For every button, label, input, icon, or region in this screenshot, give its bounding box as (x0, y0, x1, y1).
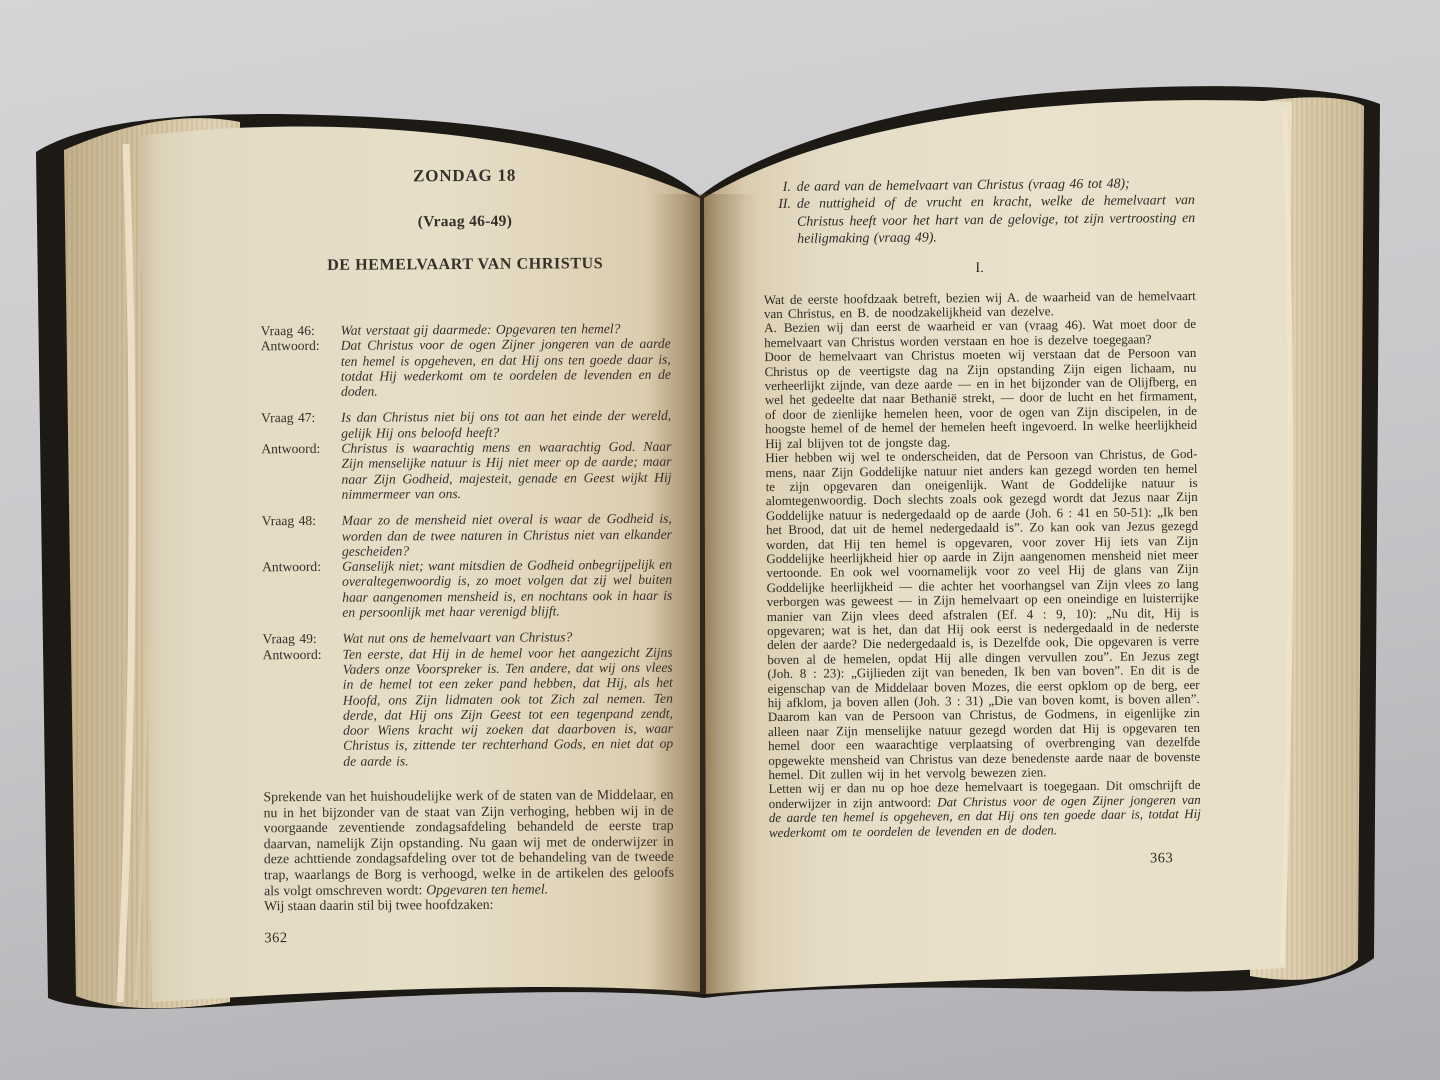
answer-text: Christus is waarachtig mens en waarachti… (341, 439, 671, 502)
closing-paragraph: Sprekende van het huishoudelijke werk of… (263, 787, 674, 899)
closing-paragraph-italic: Opgevaren ten hemel. (426, 881, 548, 897)
question-text: Maar zo de mensheid niet overal is waar … (342, 511, 672, 559)
answer-label: Antwoord: (261, 441, 341, 503)
body-paragraph: Hier hebben wij wel te onderscheiden, da… (765, 447, 1200, 782)
outline-item-number: I. (763, 178, 791, 196)
photo-of-open-book: ZONDAG 18 (Vraag 46-49) DE HEMELVAART VA… (0, 0, 1440, 1080)
question-label: Vraag 48: (262, 513, 342, 559)
answer-text: Ten eerste, dat Hij in de hemel voor het… (343, 644, 674, 768)
right-page-text: I. de aard van de hemelvaart van Christu… (763, 174, 1202, 871)
qa-block-49: Vraag 49: Wat nut ons de hemelvaart van … (262, 629, 673, 769)
book-illustration (0, 0, 1440, 1080)
chapter-outline: I. de aard van de hemelvaart van Christu… (763, 174, 1196, 248)
question-text: Is dan Christus niet bij ons tot aan het… (341, 408, 671, 441)
outline-item-number: II. (763, 195, 791, 247)
answer-label: Antwoord: (261, 338, 341, 400)
outline-item-text: de nuttigheid of de vrucht en kracht, we… (797, 191, 1195, 247)
left-page-heading-vraag-range: (Vraag 46-49) (260, 212, 670, 233)
answer-label: Antwoord: (263, 646, 344, 769)
answer-text: Ganselijk niet; want mitsdien de Godheid… (342, 557, 672, 620)
question-label: Vraag 47: (261, 410, 341, 441)
body-paragraph: Door de hemelvaart van Christus moeten w… (764, 346, 1197, 451)
qa-block-48: Vraag 48: Maar zo de mensheid niet overa… (262, 511, 673, 621)
section-heading: I. (763, 258, 1195, 279)
answer-label: Antwoord: (262, 559, 342, 621)
qa-block-47: Vraag 47: Is dan Christus niet bij ons t… (261, 408, 672, 502)
answer-text: Dat Christus voor de ogen Zijner jongere… (341, 336, 671, 399)
catechism-qa-list: Vraag 46: Wat verstaat gij daarmede: Opg… (261, 321, 674, 770)
left-page-text: ZONDAG 18 (Vraag 46-49) DE HEMELVAART VA… (260, 165, 675, 947)
page-number-left: 362 (264, 928, 674, 948)
left-page-heading-zondag: ZONDAG 18 (260, 165, 670, 188)
final-paragraph: Letten wij er dan nu op hoe deze hemelva… (768, 778, 1201, 840)
question-label: Vraag 49: (262, 631, 342, 647)
left-page-heading-title: DE HEMELVAART VAN CHRISTUS (260, 255, 670, 276)
closing-line: Wij staan daarin stil bij twee hoofdzake… (264, 896, 674, 914)
qa-block-46: Vraag 46: Wat verstaat gij daarmede: Opg… (261, 321, 671, 400)
question-label: Vraag 46: (261, 323, 341, 339)
